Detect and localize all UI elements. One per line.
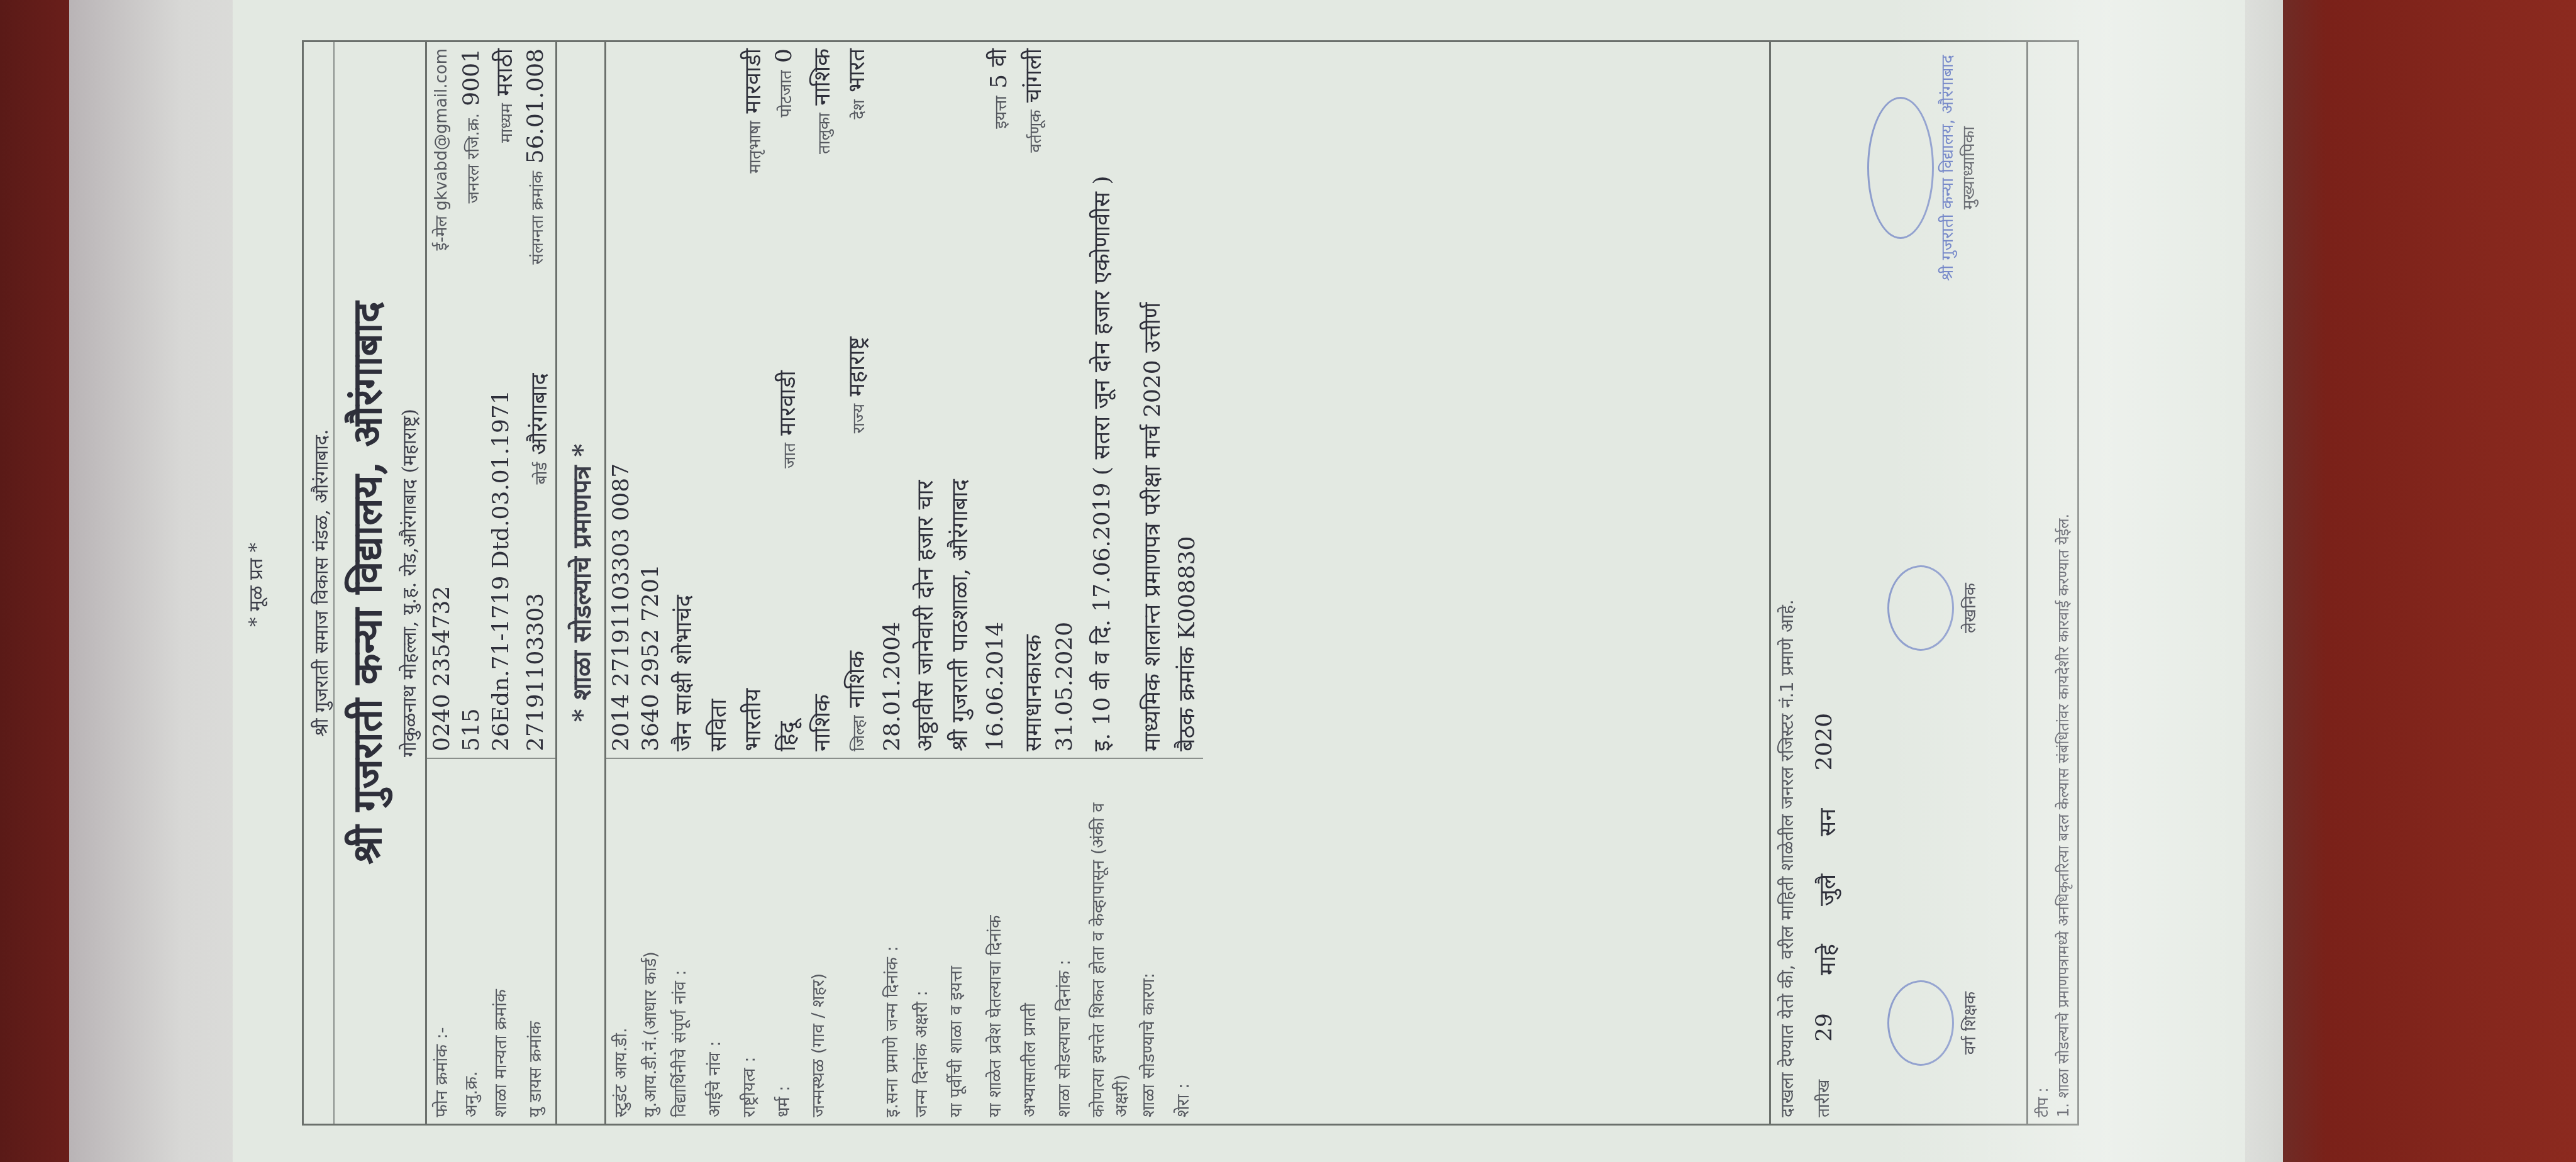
field-main-value: भारतीय	[740, 689, 766, 751]
field-label: स्टुडंट आय.डी.	[606, 758, 636, 1124]
field-label: जन्म दिनांक अक्षरी :	[907, 758, 941, 1124]
certificate-frame: श्री गुजराती समाज विकास मंडळ, औरंगाबाद. …	[302, 40, 2079, 1126]
field-main-value: अठ्ठावीस जानेवारी दोन हजार चार	[913, 480, 938, 751]
field-extra2-value: 0	[771, 48, 797, 63]
field-prefix: जिल्हा	[850, 715, 869, 751]
field-main-value: हिंदू	[775, 721, 801, 751]
field-row: शाळा सोडल्याचा दिनांक :31.05.2020	[1050, 42, 1079, 1124]
field-row: राष्ट्रीयत्व :भारतीयमातृभाषा मारवाडी	[735, 42, 769, 1124]
board-label: बोर्ड	[532, 462, 551, 485]
signature-scribble-icon	[1887, 565, 1954, 651]
date-year: 2020	[1811, 713, 1842, 771]
school-info-table: फोन क्रमांक :- 0240 2354732 ई-मेल gkvabd…	[427, 42, 555, 1124]
field-value: 2014 27191103303 0087	[606, 42, 636, 758]
field-value: बैठक क्रमांक K008830	[1169, 42, 1203, 758]
recognition-value: 26Edn.71-1719 Dtd.03.01.1971	[488, 390, 519, 751]
field-main-value: इ. 10 वी व दि. 17.06.2019 ( सतरा जून दोन…	[1089, 176, 1115, 752]
field-main-value: सविता	[706, 699, 731, 751]
field-value: 3640 2952 7201	[636, 42, 665, 758]
field-value: 28.01.2004	[873, 42, 907, 758]
serial-label: अनु.क्र.	[457, 758, 486, 1124]
field-extra-label: इयत्ता	[992, 96, 1011, 129]
field-value: सविता	[700, 42, 735, 758]
field-extra-value: 5 वी	[986, 48, 1012, 89]
medium-label: माध्यम	[497, 103, 516, 143]
field-value: हिंदूजात मारवाडीपोटजात 0	[769, 42, 804, 758]
student-fields-table: स्टुडंट आय.डी.2014 27191103303 0087यु.आय…	[606, 42, 1203, 1124]
field-row: यु.आय.डी.नं.(आधार कार्ड)3640 2952 7201	[636, 42, 665, 1124]
field-extra2-value: भारत	[844, 48, 870, 92]
field-extra-value: महाराष्ट्र	[844, 337, 870, 397]
field-label: शेरा :	[1169, 758, 1203, 1124]
attestation-block: दाखला देण्यात येतो की, वरील माहिती शाळेत…	[1769, 42, 1984, 1124]
field-row: या पूर्वीची शाळा व इयत्ताश्री गुजराती पा…	[941, 42, 976, 1124]
field-label: विद्यार्थिनीचे संपूर्ण नांव :	[665, 758, 700, 1124]
clerk-signature: लेखनिक	[1887, 514, 1980, 702]
field-main-value: 3640 2952 7201	[638, 564, 663, 751]
certificate-title: * शाळा सोडल्याचे प्रमाणपत्र *	[555, 42, 606, 1124]
field-label: अभ्यासातील प्रगती	[1015, 758, 1050, 1124]
field-main-value: माध्यमिक शालान्त प्रमाणपत्र परीक्षा मार्…	[1140, 302, 1165, 751]
field-value: समाधानकारकवर्तणूक चांगली	[1015, 42, 1050, 758]
field-value: जैन साक्षी शोभाचंद	[665, 42, 700, 758]
field-extra-value: मारवाडी	[775, 370, 801, 436]
date-month: जुलै	[1811, 874, 1842, 906]
field-label: या शाळेत प्रवेश घेतल्याचा दिनांक	[976, 758, 1015, 1124]
date-day: 29	[1811, 1013, 1842, 1042]
date-label: तारीख	[1811, 1080, 1842, 1117]
field-extra-value: चांगली	[1021, 48, 1046, 102]
register-value: 9001	[458, 48, 484, 106]
field-label: आईचे नांव :	[700, 758, 735, 1124]
serial-value: 515	[458, 708, 484, 751]
organization-name: श्री गुजराती समाज विकास मंडळ, औरंगाबाद.	[304, 42, 335, 1124]
field-main-value: 31.05.2020	[1052, 622, 1077, 751]
field-main-value: जैन साक्षी शोभाचंद	[671, 595, 697, 751]
register-label: जनरल रजि.क्र.	[464, 113, 483, 203]
year-label: सन	[1811, 809, 1842, 836]
note-text: 1. शाळा सोडल्याचे प्रमाणपत्रामध्ये अनधिक…	[2053, 48, 2074, 1117]
field-row: अभ्यासातील प्रगतीसमाधानकारकवर्तणूक चांगल…	[1015, 42, 1050, 1124]
field-row: शेरा :बैठक क्रमांक K008830	[1169, 42, 1203, 1124]
field-row: विद्यार्थिनीचे संपूर्ण नांव :जैन साक्षी …	[665, 42, 700, 1124]
recognition-label: शाळा मान्यता क्रमांक	[486, 758, 521, 1124]
field-label: शाळा सोडण्याचे कारण:	[1134, 758, 1169, 1124]
field-extra-label: तालुका	[815, 113, 834, 154]
field-value: जिल्हा नाशिकराज्य महाराष्ट्रदेश भारत	[838, 42, 873, 758]
field-main-value: नाशिक	[844, 651, 870, 708]
field-extra-label: राज्य	[850, 404, 869, 433]
email-label: ई-मेल	[432, 216, 451, 250]
footer-note: टीप : 1. शाळा सोडल्याचे प्रमाणपत्रामध्ये…	[2026, 42, 2077, 1124]
index-label: संलग्नता क्रमांक	[528, 171, 547, 265]
note-label: टीप :	[2032, 48, 2053, 1117]
field-row: या शाळेत प्रवेश घेतल्याचा दिनांक16.06.20…	[976, 42, 1015, 1124]
field-row: जन्म दिनांक अक्षरी :अठ्ठावीस जानेवारी दो…	[907, 42, 941, 1124]
field-row: आईचे नांव :सविता	[700, 42, 735, 1124]
issue-date: तारीख 29 माहे जुलै सन 2020	[1811, 48, 1842, 1117]
field-main-value: समाधानकारक	[1021, 634, 1046, 751]
attestation-text: दाखला देण्यात येतो की, वरील माहिती शाळेत…	[1775, 48, 1799, 1117]
field-row: शाळा सोडण्याचे कारण:माध्यमिक शालान्त प्र…	[1134, 42, 1169, 1124]
field-value: अठ्ठावीस जानेवारी दोन हजार चार	[907, 42, 941, 758]
field-extra-label: जात	[780, 443, 799, 468]
field-extra-value: नाशिक	[809, 48, 835, 106]
field-label: शाळा सोडल्याचा दिनांक :	[1050, 758, 1079, 1124]
field-main-value: नाशिक	[809, 694, 835, 751]
field-extra-label: वर्तणूक	[1026, 110, 1045, 153]
field-label: कोणत्या इयत्तेत शिकत होता व केव्हापासून …	[1079, 758, 1134, 1124]
class-teacher-label: वर्ग शिक्षक	[1961, 992, 1980, 1054]
field-row: जिल्हा नाशिकराज्य महाराष्ट्रदेश भारत	[838, 42, 873, 1124]
stamp-seal-icon	[1867, 97, 1934, 239]
stamp-text: श्री गुजराती कन्या विद्यालय, औरंगाबाद	[1938, 48, 1959, 287]
leaving-certificate: * मूळ प्रत * श्री गुजराती समाज विकास मंड…	[270, 19, 2126, 1151]
udise-label: यु डायस क्रमांक	[521, 758, 555, 1124]
school-stamp: श्री गुजराती कन्या विद्यालय, औरंगाबाद मु…	[1867, 48, 1980, 287]
field-row: धर्म :हिंदूजात मारवाडीपोटजात 0	[769, 42, 804, 1124]
field-label	[838, 758, 873, 1124]
field-main-value: 2014 27191103303 0087	[608, 463, 634, 751]
field-extra2-label: पोटजात	[777, 70, 796, 117]
field-row: कोणत्या इयत्तेत शिकत होता व केव्हापासून …	[1079, 42, 1134, 1124]
original-copy-marker: * मूळ प्रत *	[242, 19, 268, 1151]
field-value: 31.05.2020	[1050, 42, 1079, 758]
field-row: स्टुडंट आय.डी.2014 27191103303 0087	[606, 42, 636, 1124]
field-value: श्री गुजराती पाठशाळा, औरंगाबाद	[941, 42, 976, 758]
headmistress-label: मुख्याध्यापिका	[1959, 48, 1980, 287]
field-value: माध्यमिक शालान्त प्रमाणपत्र परीक्षा मार्…	[1134, 42, 1169, 758]
udise-value: 27191103303	[523, 593, 553, 751]
field-main-value: 16.06.2014	[982, 622, 1008, 751]
email-value: gkvabd@gmail.com	[432, 48, 451, 211]
clerk-label: लेखनिक	[1961, 583, 1980, 633]
school-name: श्री गुजराती कन्या विद्यालय, औरंगाबाद	[335, 42, 396, 1124]
phone-value: 0240 2354732	[429, 586, 455, 751]
field-label: राष्ट्रीयत्व :	[735, 758, 769, 1124]
signature-scribble-icon	[1887, 980, 1954, 1066]
field-label: या पूर्वीची शाळा व इयत्ता	[941, 758, 976, 1124]
field-extra-label: मातृभाषा	[746, 121, 765, 174]
field-label: यु.आय.डी.नं.(आधार कार्ड)	[636, 758, 665, 1124]
index-value: 56.01.008	[523, 48, 548, 163]
field-label: इ.सना प्रमाणे जन्म दिनांक :	[873, 758, 907, 1124]
field-main-value: 28.01.2004	[879, 622, 905, 751]
field-value: 16.06.2014इयत्ता 5 वी	[976, 42, 1015, 758]
phone-label: फोन क्रमांक :-	[427, 758, 457, 1124]
field-extra-value: मारवाडी	[740, 48, 766, 114]
school-address: गोकुळनाथ मोहल्ला, यु.ह. रोड,औरंगाबाद (मह…	[396, 42, 427, 1124]
field-label: धर्म :	[769, 758, 804, 1124]
month-label: माहे	[1811, 944, 1842, 975]
field-main-value: बैठक क्रमांक K008830	[1174, 536, 1200, 751]
field-main-value: श्री गुजराती पाठशाळा, औरंगाबाद	[947, 479, 973, 751]
field-value: इ. 10 वी व दि. 17.06.2019 ( सतरा जून दोन…	[1079, 42, 1134, 758]
field-value: नाशिकतालुका नाशिक	[804, 42, 838, 758]
field-row: जन्मस्थळ (गाव / शहर)नाशिकतालुका नाशिक	[804, 42, 838, 1124]
field-value: भारतीयमातृभाषा मारवाडी	[735, 42, 769, 758]
field-label: जन्मस्थळ (गाव / शहर)	[804, 758, 838, 1124]
class-teacher-signature: वर्ग शिक्षक	[1887, 929, 1980, 1117]
field-row: इ.सना प्रमाणे जन्म दिनांक :28.01.2004	[873, 42, 907, 1124]
field-extra2-label: देश	[850, 99, 869, 119]
medium-value: मराठी	[492, 48, 518, 96]
board-value: औरंगाबाद	[526, 373, 552, 455]
